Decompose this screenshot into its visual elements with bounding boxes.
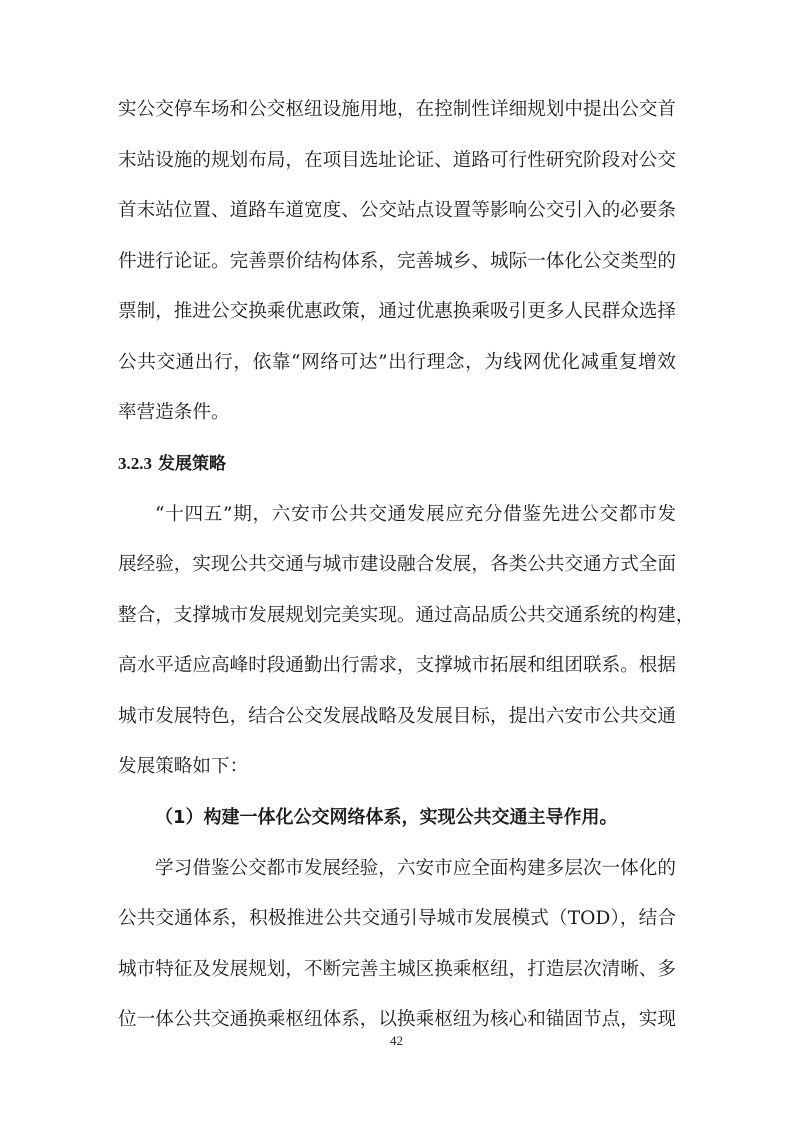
text-line: 位一体公共交通换乘枢纽体系，以换乘枢纽为核心和锚固节点，实现 bbox=[118, 1008, 676, 1032]
text-line: 末站设施的规划布局，在项目选址论证、道路可行性研究阶段对公交 bbox=[118, 149, 676, 173]
text-line: 整合，支撑城市发展规划完美实现。通过高品质公共交通系统的构建， bbox=[118, 604, 676, 628]
text-line: 城市特征及发展规划，不断完善主城区换乘枢纽，打造层次清晰、多 bbox=[118, 958, 676, 982]
section-title: 发展策略 bbox=[158, 454, 226, 474]
text-line: 高水平适应高峰时段通勤出行需求，支撑城市拓展和组团联系。根据 bbox=[118, 654, 676, 678]
text-line: 实公交停车场和公交枢纽设施用地，在控制性详细规划中提出公交首 bbox=[118, 98, 676, 122]
text-line: 发展策略如下： bbox=[118, 755, 676, 779]
text-line: 学习借鉴公交都市发展经验，六安市应全面构建多层次一体化的 bbox=[155, 857, 676, 881]
page-number: 42 bbox=[0, 1033, 793, 1049]
section-number: 3.2.3 bbox=[118, 454, 152, 473]
text-line: 公共交通体系，积极推进公共交通引导城市发展模式（TOD），结合 bbox=[118, 907, 676, 931]
text-line: “十四五”期，六安市公共交通发展应充分借鉴先进公交都市发 bbox=[155, 503, 676, 527]
document-page: 实公交停车场和公交枢纽设施用地，在控制性详细规划中提出公交首 末站设施的规划布局… bbox=[0, 0, 793, 1122]
text-line: 票制，推进公交换乘优惠政策，通过优惠换乘吸引更多人民群众选择 bbox=[118, 300, 676, 324]
text-line: 公共交通出行，依靠“网络可达”出行理念，为线网优化减重复增效 bbox=[118, 351, 676, 375]
text-line: 率营造条件。 bbox=[118, 401, 676, 425]
strategy-heading-1: （1）构建一体化公交网络体系，实现公共交通主导作用。 bbox=[155, 806, 618, 830]
text-line: 展经验，实现公共交通与城市建设融合发展，各类公共交通方式全面 bbox=[118, 553, 676, 577]
text-line: 首末站位置、道路车道宽度、公交站点设置等影响公交引入的必要条 bbox=[118, 199, 676, 223]
text-line: 城市发展特色，结合公交发展战略及发展目标，提出六安市公共交通 bbox=[118, 705, 676, 729]
text-line: 件进行论证。完善票价结构体系，完善城乡、城际一体化公交类型的 bbox=[118, 250, 676, 274]
section-heading: 3.2.3发展策略 bbox=[118, 452, 226, 476]
